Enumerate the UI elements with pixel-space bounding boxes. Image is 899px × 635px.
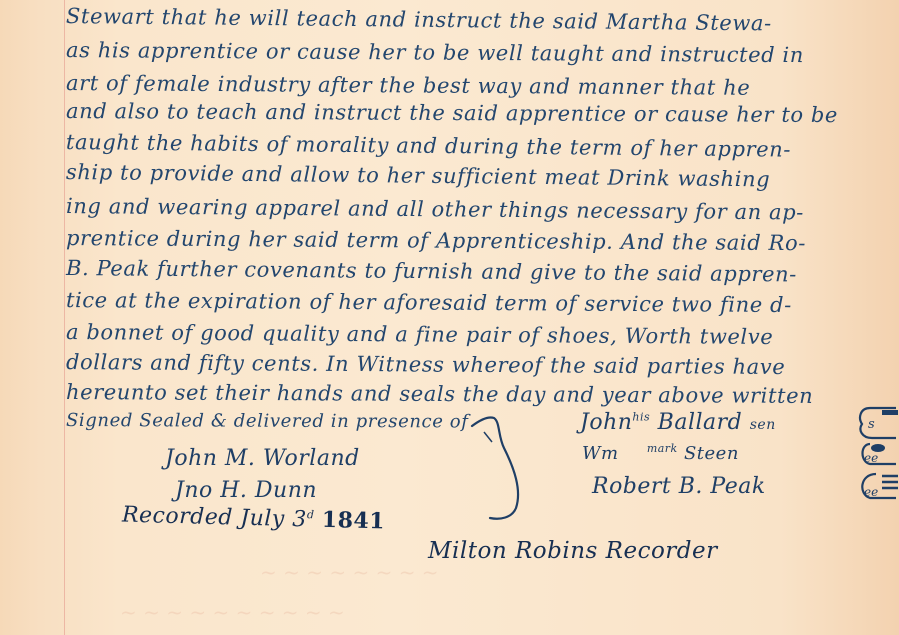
signatory-ballard: Johnhis Ballard sen [580, 410, 776, 435]
attestation-line: Signed Sealed & delivered in presence of [66, 410, 469, 432]
svg-text:ee: ee [864, 485, 878, 499]
bleed-through-text: ~ ~ ~ ~ ~ ~ ~ ~ ~ ~ [120, 600, 345, 624]
mark-annotation: mark [647, 442, 678, 455]
margin-rule [64, 0, 65, 635]
mark-annotation: his [632, 411, 650, 424]
recorded-year: 1841 [321, 507, 385, 535]
body-line-4: and also to teach and instruct the said … [66, 99, 838, 127]
witness-brace-icon [470, 412, 530, 522]
signatory-peak: Robert B. Peak [592, 474, 766, 499]
body-line-10: tice at the expiration of her aforesaid … [66, 288, 792, 317]
signatory-prefix: Wm [582, 443, 619, 464]
signatory-surname: Ballard [658, 410, 743, 435]
body-line-3: art of female industry after the best wa… [66, 71, 750, 100]
seal-marks-icon: s ee ee [856, 404, 899, 504]
body-line-12: dollars and fifty cents. In Witness wher… [66, 350, 785, 379]
svg-text:ee: ee [864, 451, 878, 465]
body-line-11: a bonnet of good quality and a fine pair… [66, 320, 773, 349]
recorded-day: 3 [292, 507, 307, 532]
svg-text:s: s [868, 417, 875, 432]
recorded-day-suffix: d [307, 508, 315, 521]
recorder-signature: Milton Robins Recorder [428, 538, 718, 564]
bleed-through-text: ~ ~ ~ ~ ~ ~ ~ ~ [260, 560, 439, 584]
body-line-6: ship to provide and allow to her suffici… [66, 160, 770, 191]
body-line-8: prentice during her said term of Apprent… [66, 226, 806, 255]
signatory-first-name: John [580, 410, 632, 435]
recorded-date: Recorded July 3d 1841 [122, 502, 386, 535]
body-line-7: ing and wearing apparel and all other th… [66, 194, 804, 224]
document-page: ~ ~ ~ ~ ~ ~ ~ ~ ~ ~ ~ ~ ~ ~ ~ ~ ~ ~ Stew… [0, 0, 899, 635]
signatory-surname: Steen [684, 443, 739, 464]
body-line-1: Stewart that he will teach and instruct … [66, 4, 772, 35]
recorded-label: Recorded July [122, 503, 285, 532]
body-line-9: B. Peak further covenants to furnish and… [66, 256, 797, 286]
witness-signature-worland: John M. Worland [165, 446, 360, 471]
signatory-steen: Wm mark Steen [582, 442, 739, 464]
body-line-2: as his apprentice or cause her to be wel… [66, 38, 804, 67]
witness-signature-dunn: Jno H. Dunn [175, 478, 317, 503]
signatory-suffix: sen [750, 417, 776, 433]
body-line-5: taught the habits of morality and during… [66, 130, 791, 162]
body-line-13: hereunto set their hands and seals the d… [66, 380, 813, 408]
